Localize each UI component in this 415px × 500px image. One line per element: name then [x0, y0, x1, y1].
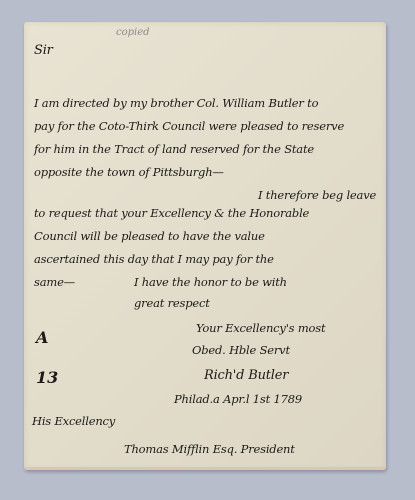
margin-mark-a: A	[36, 328, 48, 347]
salutation: Sir	[34, 43, 53, 58]
body-line-3: for him in the Tract of land reserved fo…	[34, 142, 314, 156]
body-line-9: same—	[34, 275, 75, 289]
body-line-4: opposite the town of Pittsburgh—	[34, 165, 224, 179]
body-line-1: I am directed by my brother Col. William…	[34, 96, 318, 110]
closing-line-2: great respect	[134, 296, 210, 310]
body-line-2: pay for the Coto-Thirk Council were plea…	[34, 119, 344, 133]
closing-line-1: I have the honor to be with	[134, 275, 287, 289]
body-line-8: ascertained this day that I may pay for …	[34, 252, 274, 266]
place-date: Philad.a Apr.l 1st 1789	[174, 392, 302, 406]
body-line-7: Council will be pleased to have the valu…	[34, 229, 265, 243]
letter-paper: copied Sir I am directed by my brother C…	[24, 22, 386, 470]
body-line-6: to request that your Excellency & the Ho…	[34, 206, 309, 220]
addressee-line-2: Thomas Mifflin Esq. President	[124, 442, 295, 456]
closing-line-3: Your Excellency's most	[196, 321, 325, 335]
margin-mark-13: 13	[36, 368, 58, 387]
signature: Rich'd Butler	[204, 368, 288, 383]
addressee-line-1: His Excellency	[32, 414, 115, 428]
body-line-5: I therefore beg leave	[258, 188, 376, 202]
pencil-annotation: copied	[116, 27, 150, 38]
closing-line-4: Obed. Hble Servt	[192, 343, 290, 357]
